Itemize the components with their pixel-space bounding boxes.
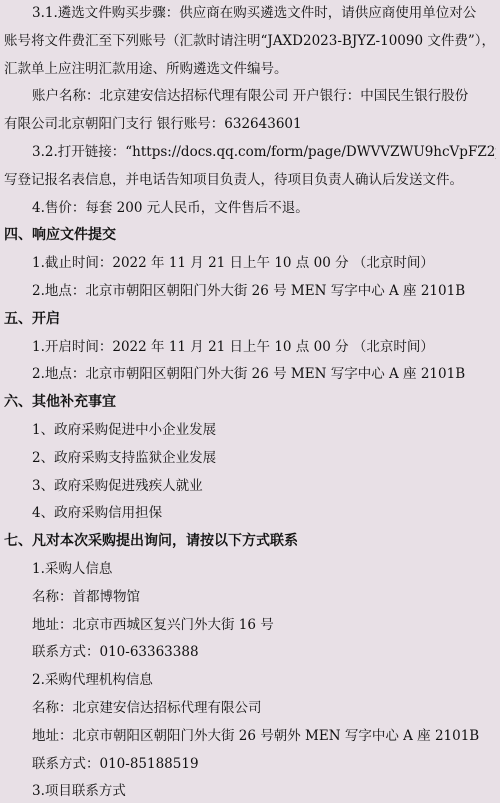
purchaser-contact: 联系方式：010-63363388 [4, 639, 496, 667]
p32-line2: 写登记报名表信息，并电话告知项目负责人，待项目负责人确认后发送文件。 [4, 167, 496, 195]
section5-item: 2.地点：北京市朝阳区朝阳门外大街 26 号 MEN 写字中心 A 座 2101… [4, 361, 496, 389]
purchaser-name: 名称：首都博物馆 [4, 584, 496, 612]
section7-heading: 七、凡对本次采购提出询问，请按以下方式联系 [4, 528, 496, 556]
section5-heading: 五、开启 [4, 306, 496, 334]
p31-line1: 3.1.遴选文件购买步骤：供应商在购买遴选文件时，请供应商使用单位对公 [4, 0, 496, 28]
section6-item: 1、政府采购促进中小企业发展 [4, 417, 496, 445]
agency-title: 2.采购代理机构信息 [4, 667, 496, 695]
account-line2: 有限公司北京朝阳门支行 银行账号：632643601 [4, 111, 496, 139]
price-paragraph: 4.售价：每套 200 元人民币，文件售后不退。 [4, 195, 496, 223]
account-line1: 账户名称：北京建安信达招标代理有限公司 开户银行：中国民生银行股份 [4, 83, 496, 111]
p31-line3: 汇款单上应注明汇款用途、所购遴选文件编号。 [4, 56, 496, 84]
section4-heading: 四、响应文件提交 [4, 222, 496, 250]
section6-heading: 六、其他补充事宜 [4, 389, 496, 417]
purchaser-title: 1.采购人信息 [4, 556, 496, 584]
section6-item: 2、政府采购支持监狱企业发展 [4, 445, 496, 473]
p31-line2: 账号将文件费汇至下列账号（汇款时请注明“JAXD2023-BJYZ-10090 … [4, 28, 496, 56]
purchaser-address: 地址：北京市西城区复兴门外大街 16 号 [4, 612, 496, 640]
agency-contact: 联系方式：010-85188519 [4, 751, 496, 779]
section4-item: 1.截止时间：2022 年 11 月 21 日上午 10 点 00 分 （北京时… [4, 250, 496, 278]
section4-item: 2.地点：北京市朝阳区朝阳门外大街 26 号 MEN 写字中心 A 座 2101… [4, 278, 496, 306]
project-contact-title: 3.项目联系方式 [4, 778, 496, 803]
section6-item: 4、政府采购信用担保 [4, 500, 496, 528]
document-body: 3.1.遴选文件购买步骤：供应商在购买遴选文件时，请供应商使用单位对公 账号将文… [0, 0, 500, 803]
section6-item: 3、政府采购促进残疾人就业 [4, 473, 496, 501]
agency-address: 地址：北京市朝阳区朝阳门外大街 26 号朝外 MEN 写字中心 A 座 2101… [4, 723, 496, 751]
section5-item: 1.开启时间：2022 年 11 月 21 日上午 10 点 00 分 （北京时… [4, 334, 496, 362]
agency-name: 名称：北京建安信达招标代理有限公司 [4, 695, 496, 723]
p32-line1: 3.2.打开链接：“https://docs.qq.com/form/page/… [4, 139, 496, 167]
